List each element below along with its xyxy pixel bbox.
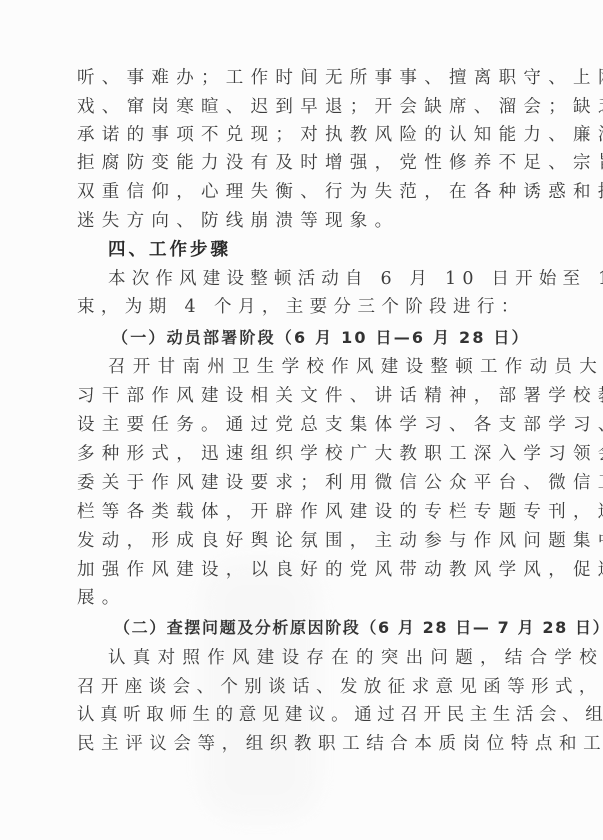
- body-line: 加强作风建设，以良好的党风带动教风学风，促进学校快速发: [77, 556, 507, 584]
- body-line: 习干部作风建设相关文件、讲话精神，部署学校教职工作风建: [77, 382, 507, 410]
- body-line: 召开甘南州卫生学校作风建设整顿工作动员大会，传达学: [108, 353, 538, 381]
- body-line: 设主要任务。通过党总支集体学习、各支部学习、三会一课等: [77, 411, 507, 439]
- body-line: 发动，形成良好舆论氛围，主动参与作风问题集中整治，切实: [77, 527, 507, 555]
- body-line: 听、事难办；工作时间无所事事、擅离职守、上网聊天、玩游: [77, 64, 507, 92]
- body-line: 迷失方向、防线崩溃等现象。: [77, 207, 507, 235]
- body-line: 召开座谈会、个别谈话、发放征求意见函等形式，广泛征求、: [77, 673, 507, 701]
- document-page: 听、事难办；工作时间无所事事、擅离职守、上网聊天、玩游 戏、窜岗寒暄、迟到早退；…: [0, 0, 603, 840]
- body-line: 束，为期 4 个月，主要分三个阶段进行：: [77, 293, 507, 321]
- body-line: 多种形式，迅速组织学校广大教职工深入学习领会中央、省州: [77, 440, 507, 468]
- phase1-heading: （一）动员部署阶段（6 月 10 日—6 月 28 日）: [112, 324, 542, 352]
- body-line: 承诺的事项不兑现；对执教风险的认知能力、廉洁自律能力和: [77, 121, 507, 149]
- body-line: 戏、窜岗寒暄、迟到早退；开会缺席、溜会；缺乏诚信、公开: [77, 93, 507, 121]
- body-line: 双重信仰，心理失衡、行为失范，在各种诱惑和拉拢腐蚀面前: [77, 178, 507, 206]
- body-line: 拒腐防变能力没有及时增强，党性修养不足、宗旨意识淡化，: [77, 149, 507, 177]
- phase2-heading: （二）查摆问题及分析原因阶段（6 月 28 日— 7 月 28 日）: [114, 614, 544, 642]
- body-line: 认真对照作风建设存在的突出问题，结合学校实际，以: [108, 644, 538, 672]
- body-line: 民主评议会等，组织教职工结合本质岗位特点和工作职责深入: [77, 730, 507, 758]
- body-line: 展。: [77, 584, 507, 612]
- body-line: 委关于作风建设要求；利用微信公众平台、微信工作群、宣传: [77, 469, 507, 497]
- body-line: 栏等各类载体，开辟作风建设的专栏专题专刊，进行广泛宣传: [77, 498, 507, 526]
- body-line: 本次作风建设整顿活动自 6 月 10 日开始至 10 月 10 日结: [108, 265, 538, 293]
- body-line: 认真听取师生的意见建议。通过召开民主生活会、组织生活会、: [77, 701, 507, 729]
- section-heading: 四、工作步骤: [108, 236, 538, 264]
